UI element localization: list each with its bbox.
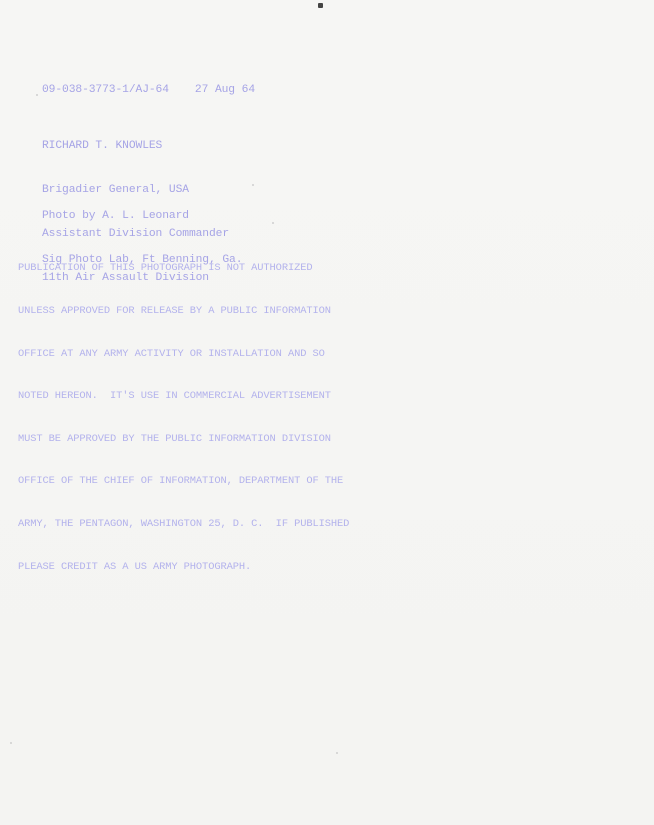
paper-speck xyxy=(272,222,274,224)
notice-line: OFFICE OF THE CHIEF OF INFORMATION, DEPA… xyxy=(18,474,349,488)
photographer: Photo by A. L. Leonard xyxy=(42,209,242,224)
notice-line: PUBLICATION OF THIS PHOTOGRAPH IS NOT AU… xyxy=(18,261,349,275)
publication-notice: PUBLICATION OF THIS PHOTOGRAPH IS NOT AU… xyxy=(18,233,349,602)
notice-line: UNLESS APPROVED FOR RELEASE BY A PUBLIC … xyxy=(18,304,349,318)
paper-speck xyxy=(252,184,254,186)
subject-name: RICHARD T. KNOWLES xyxy=(42,139,229,154)
photo-date: 27 Aug 64 xyxy=(195,84,255,96)
notice-line: PLEASE CREDIT AS A US ARMY PHOTOGRAPH. xyxy=(18,560,349,574)
photo-back-sheet: 09-038-3773-1/AJ-6427 Aug 64 RICHARD T. … xyxy=(0,0,654,825)
notice-line: OFFICE AT ANY ARMY ACTIVITY OR INSTALLAT… xyxy=(18,347,349,361)
notice-line: MUST BE APPROVED BY THE PUBLIC INFORMATI… xyxy=(18,432,349,446)
paper-speck xyxy=(336,752,338,754)
reference-number: 09-038-3773-1/AJ-64 xyxy=(42,84,169,96)
paper-speck xyxy=(10,742,12,744)
notice-line: NOTED HEREON. IT'S USE IN COMMERCIAL ADV… xyxy=(18,389,349,403)
notice-line: ARMY, THE PENTAGON, WASHINGTON 25, D. C.… xyxy=(18,517,349,531)
punch-mark xyxy=(318,3,323,8)
reference-line: 09-038-3773-1/AJ-6427 Aug 64 xyxy=(42,83,255,98)
paper-speck xyxy=(36,94,38,96)
